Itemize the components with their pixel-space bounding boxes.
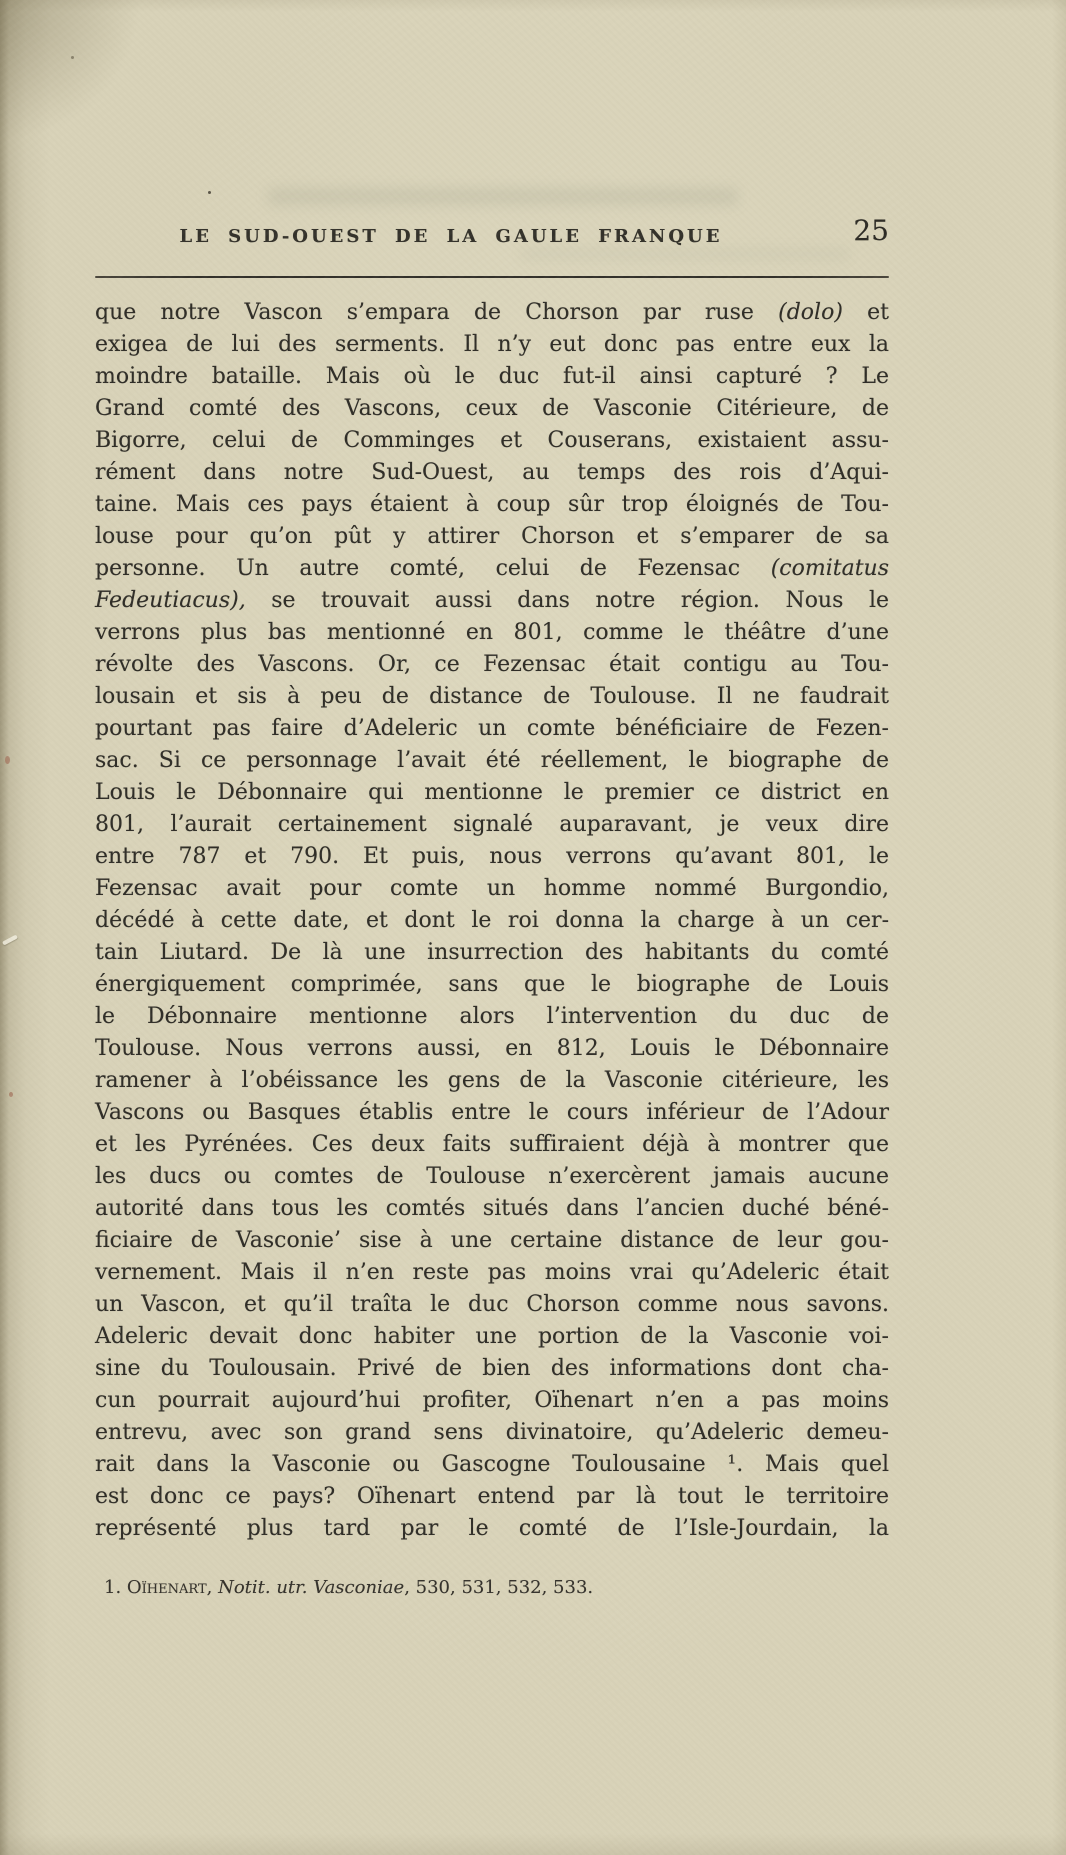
text-line: pourtant pas faire d’Adeleric un comte b… (95, 713, 889, 745)
crease-mark (2, 934, 18, 945)
paper-stain (9, 1092, 13, 1097)
text-line: sac. Si ce personnage l’avait été réelle… (95, 745, 889, 777)
text-line: entrevu, avec son grand sens divinatoire… (95, 1417, 889, 1449)
text-line: Louis le Débonnaire qui mentionne le pre… (95, 777, 889, 809)
paper-speck (71, 56, 74, 59)
text-line: que notre Vascon s’empara de Chorson par… (95, 297, 889, 329)
text-line: et les Pyrénées. Ces deux faits suffirai… (95, 1129, 889, 1161)
text-line: autorité dans tous les comtés situés dan… (95, 1193, 889, 1225)
text-line: ficiaire de Vasconie’ sise à une certain… (95, 1225, 889, 1257)
text-line: révolte des Vascons. Or, ce Fezensac éta… (95, 649, 889, 681)
show-through-ghost (520, 248, 850, 260)
text-line: personne. Un autre comté, celui de Fezen… (95, 553, 889, 585)
text-line: énergiquement comprimée, sans que le bio… (95, 969, 889, 1001)
page-number: 25 (853, 214, 889, 247)
text-line: 1. Oïhenart, Notit. utr. Vasconiae, 530,… (104, 1576, 804, 1600)
paper-speck (208, 191, 211, 194)
text-line: vernement. Mais il n’en reste pas moins … (95, 1257, 889, 1289)
book-page-scan: LE SUD-OUEST DE LA GAULE FRANQUE 25 que … (0, 0, 1066, 1855)
text-line: taine. Mais ces pays étaient à coup sûr … (95, 489, 889, 521)
running-title: LE SUD-OUEST DE LA GAULE FRANQUE (180, 226, 723, 247)
text-line: sine du Toulousain. Privé de bien des in… (95, 1353, 889, 1385)
text-line: décédé à cette date, et dont le roi donn… (95, 905, 889, 937)
text-line: louse pour qu’on pût y attirer Chorson e… (95, 521, 889, 553)
text-line: un Vascon, et qu’il traîta le duc Chorso… (95, 1289, 889, 1321)
text-line: verrons plus bas mentionné en 801, comme… (95, 617, 889, 649)
text-line: cun pourrait aujourd’hui profiter, Oïhen… (95, 1385, 889, 1417)
text-line: lousain et sis à peu de distance de Toul… (95, 681, 889, 713)
text-line: Toulouse. Nous verrons aussi, en 812, Lo… (95, 1033, 889, 1065)
text-line: moindre bataille. Mais où le duc fut-il … (95, 361, 889, 393)
text-line: représenté plus tard par le comté de l’I… (95, 1513, 889, 1545)
body-text: que notre Vascon s’empara de Chorson par… (95, 297, 889, 1545)
text-line: Fezensac avait pour comte un homme nommé… (95, 873, 889, 905)
text-line: ramener à l’obéissance les gens de la Va… (95, 1065, 889, 1097)
text-line: le Débonnaire mentionne alors l’interven… (95, 1001, 889, 1033)
header-rule (95, 276, 889, 278)
text-line: Fedeutiacus), se trouvait aussi dans not… (95, 585, 889, 617)
text-line: 801, l’aurait certainement signalé aupar… (95, 809, 889, 841)
text-line: rément dans notre Sud-Ouest, au temps de… (95, 457, 889, 489)
text-line: exigea de lui des serments. Il n’y eut d… (95, 329, 889, 361)
text-line: Grand comté des Vascons, ceux de Vasconi… (95, 393, 889, 425)
text-line: Vascons ou Basques établis entre le cour… (95, 1097, 889, 1129)
text-line: Adeleric devait donc habiter une portion… (95, 1321, 889, 1353)
text-line: les ducs ou comtes de Toulouse n’exercèr… (95, 1161, 889, 1193)
text-line: entre 787 et 790. Et puis, nous verrons … (95, 841, 889, 873)
footnote: 1. Oïhenart, Notit. utr. Vasconiae, 530,… (104, 1576, 804, 1600)
text-line: tain Liutard. De là une insurrection des… (95, 937, 889, 969)
text-line: est donc ce pays? Oïhenart entend par là… (95, 1481, 889, 1513)
text-line: rait dans la Vasconie ou Gascogne Toulou… (95, 1449, 889, 1481)
text-line: Bigorre, celui de Comminges et Couserans… (95, 425, 889, 457)
paper-stain (5, 756, 10, 764)
show-through-ghost (268, 188, 738, 205)
